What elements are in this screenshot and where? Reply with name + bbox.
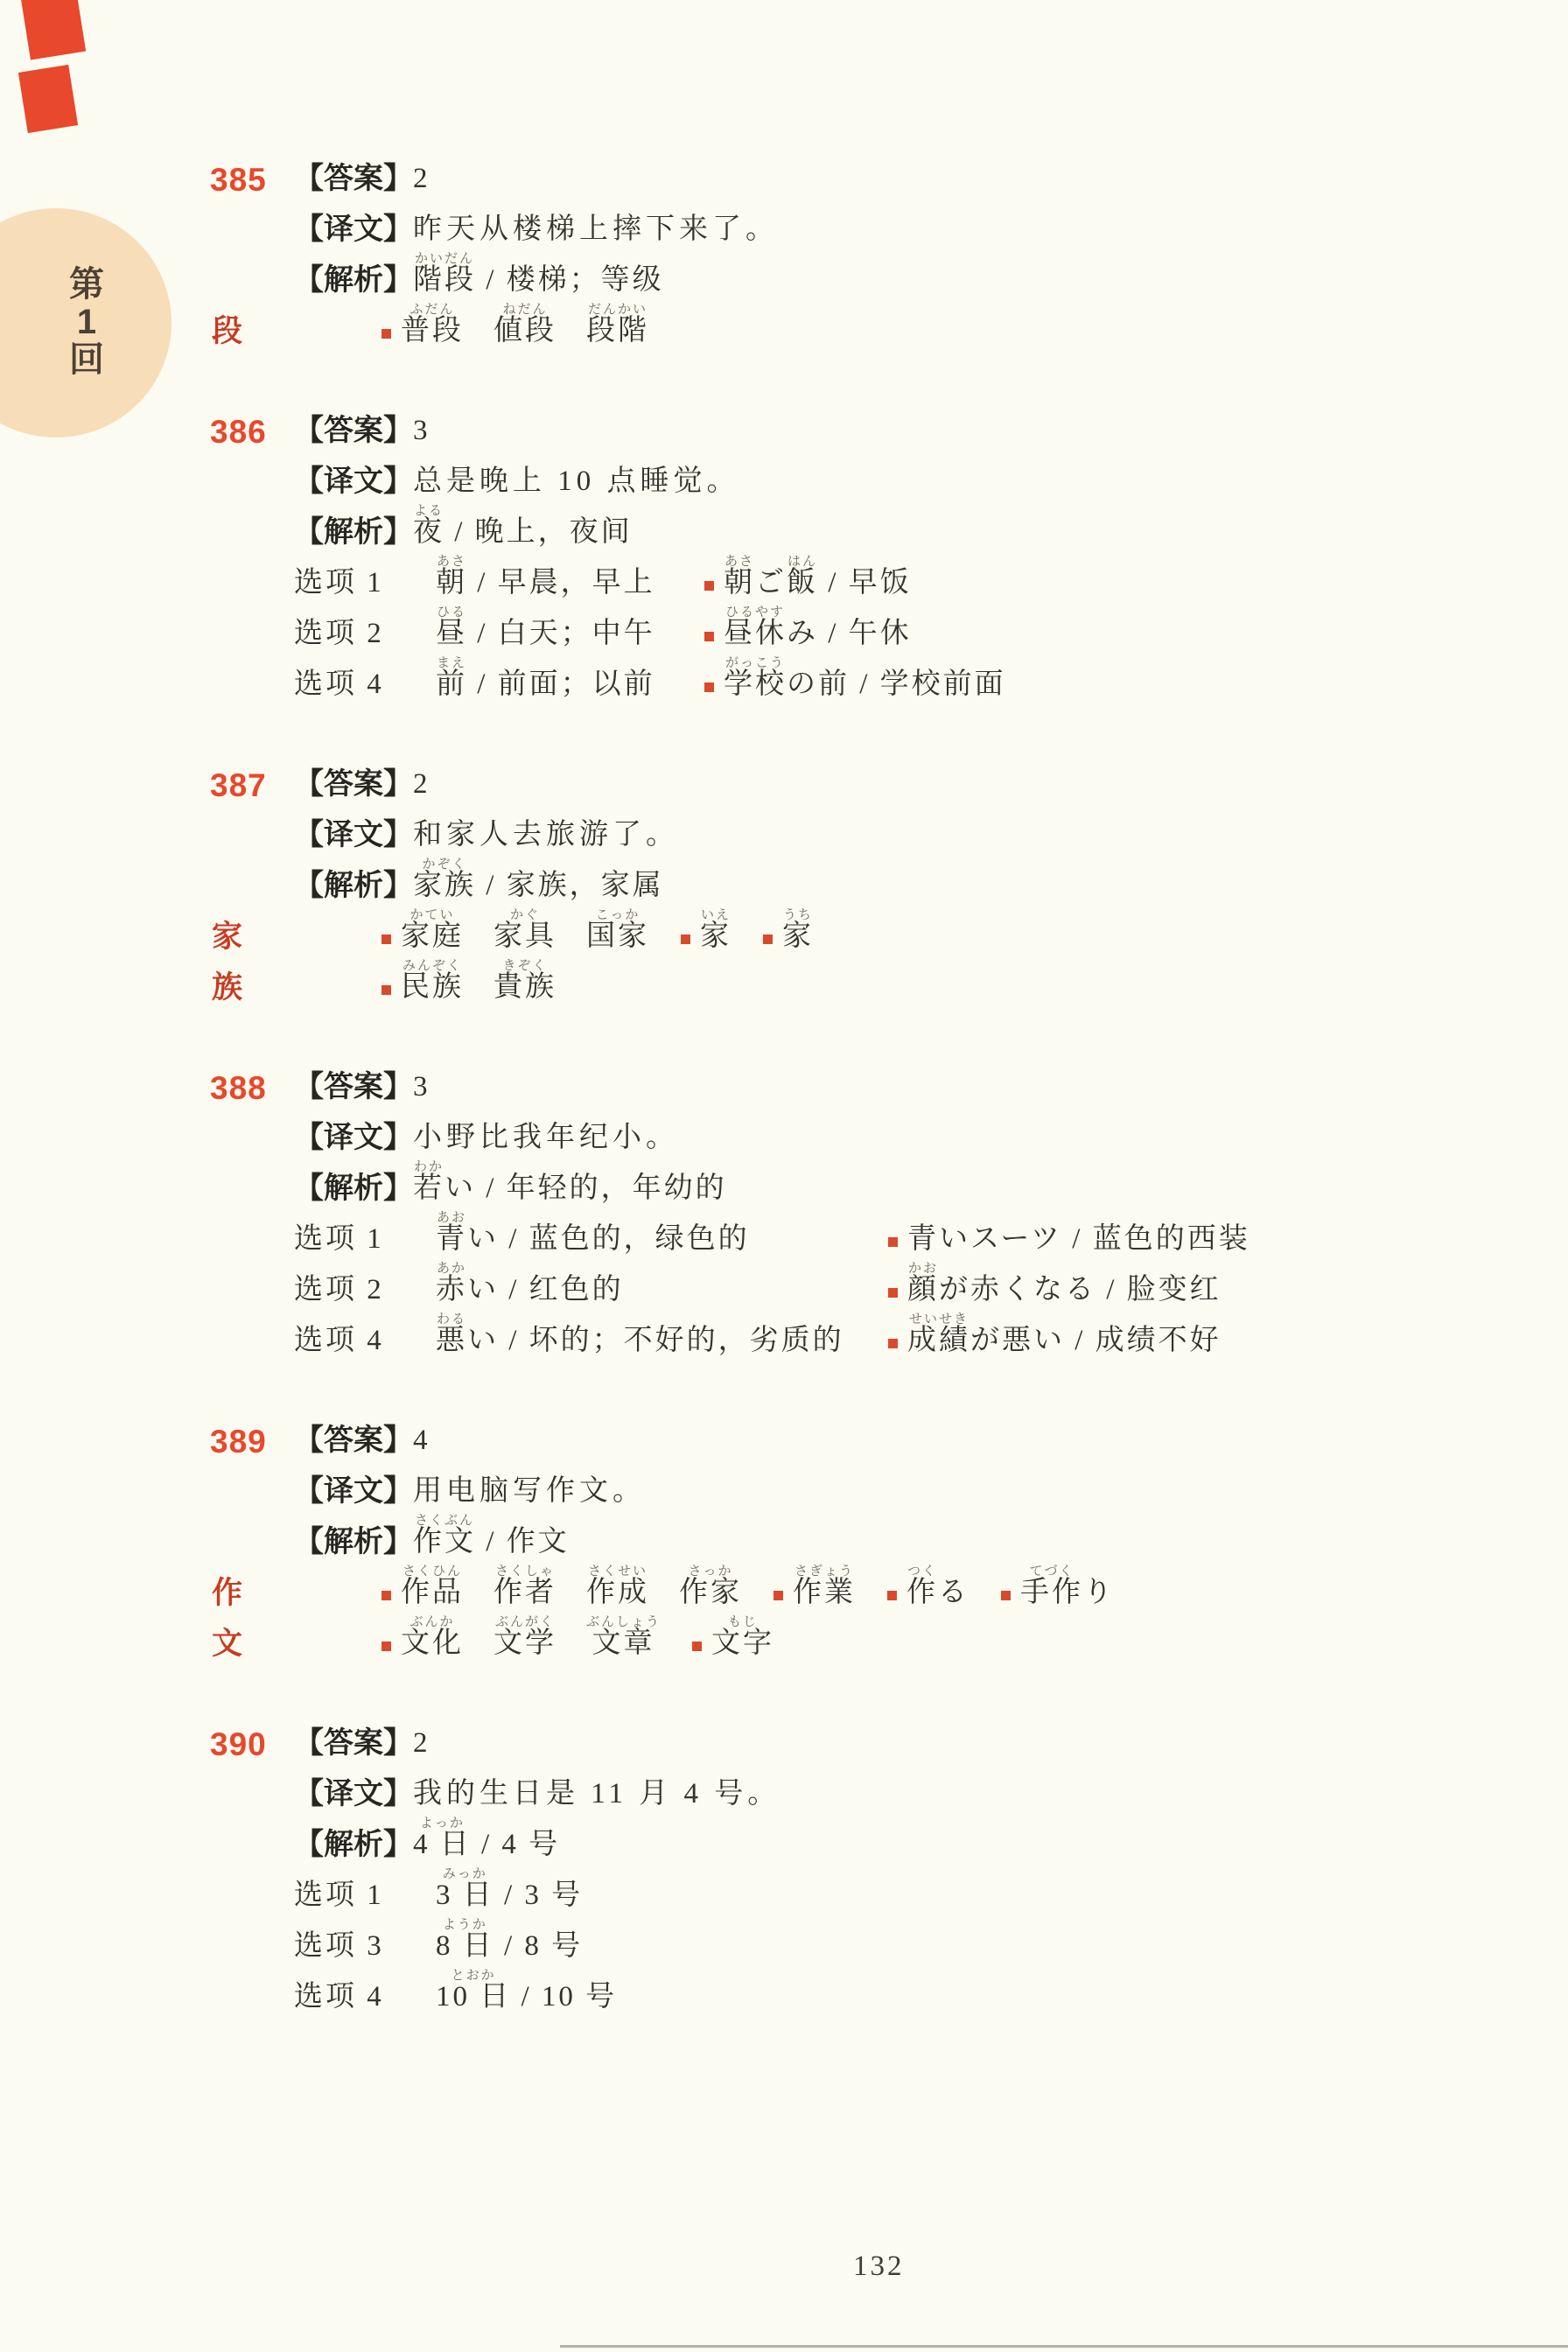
red-bullet-icon [704, 632, 714, 641]
translation-text: 总是晚上 10 点睡觉。 [413, 465, 740, 499]
answer-value: 3 [413, 1071, 432, 1104]
question-number: 385 [210, 164, 267, 196]
key-kanji: 族 [212, 971, 242, 1005]
question-number: 390 [210, 1728, 267, 1760]
option-word: 朝あさ / 早晨，早上 [436, 554, 703, 600]
answer-line: 386【答案】3 [210, 397, 1533, 448]
analysis-label: 【解析】 [294, 263, 413, 297]
text-run: / 早饭 [818, 567, 912, 600]
kanji-usage-row: 段普段ふだん値段ねだん段階だんかい [210, 297, 1533, 348]
translation-text: 用电脑写作文。 [413, 1475, 646, 1508]
row-left-column: 389 [210, 1425, 294, 1458]
option-example: 昼休ひるやすみ / 午休 [703, 605, 912, 651]
row-content: 选项 1青あおい / 蓝色的，绿色的青いスーツ / 蓝色的西装 [294, 1210, 1250, 1256]
answer-label: 【答案】 [294, 1726, 413, 1760]
option-word: 10 日とおか / 10 号 [436, 1968, 617, 2014]
option-word: 赤あかい / 红色的 [436, 1261, 886, 1307]
row-left-column: 390 [210, 1728, 294, 1760]
ruby-word: 悪わる [436, 1312, 467, 1358]
translation-label: 【译文】 [294, 818, 413, 852]
ruby-word: 作つく [906, 1564, 938, 1610]
text-run: / 8 号 [494, 1930, 583, 1963]
translation-label: 【译文】 [294, 1777, 413, 1811]
row-content: 【答案】3 [294, 1070, 432, 1104]
row-left-column: 家 [210, 920, 294, 955]
ruby-word: 顔かお [907, 1261, 939, 1307]
ruby-word: 朝あさ [436, 554, 467, 600]
row-content: 【答案】2 [294, 162, 432, 196]
row-left-column: 385 [210, 164, 294, 196]
key-kanji: 家 [212, 920, 242, 955]
answer-value: 2 [413, 163, 432, 196]
answer-entry: 386【答案】3【译文】总是晚上 10 点睡觉。【解析】夜よる / 晚上，夜间选… [210, 397, 1533, 702]
key-kanji: 作 [212, 1577, 242, 1611]
analysis-line: 【解析】4 日よっか / 4 号 [210, 1811, 1533, 1862]
row-content: 选项 4悪わるい / 坏的；不好的，劣质的成績せいせきが悪い / 成绩不好 [294, 1312, 1221, 1358]
ruby-word: 作成さくせい [586, 1564, 649, 1610]
row-content: 选项 13 日みっか / 3 号 [294, 1866, 583, 1913]
ruby-word: 作者さくしゃ [493, 1564, 556, 1610]
page-bottom-rule [560, 2345, 1568, 2348]
chapter-tab-line: 1 [61, 304, 112, 341]
ruby-word: 普段ふだん [401, 302, 464, 348]
ruby-word: 3 日みっか [436, 1866, 494, 1913]
row-content: 【解析】若わかい / 年轻的，年幼的 [294, 1159, 727, 1206]
row-left-column: 作 [210, 1577, 294, 1611]
ruby-word: 成績せいせき [907, 1312, 970, 1358]
option-label: 选项 4 [294, 668, 436, 702]
ruby-word: 貴族きぞく [493, 958, 556, 1004]
answer-label: 【答案】 [294, 414, 413, 448]
answer-label: 【答案】 [294, 162, 413, 196]
text-run: る [938, 1577, 969, 1610]
text-run: / 4 号 [472, 1829, 560, 1862]
red-corner-mark-icon [18, 65, 78, 133]
text-run: い / 红色的 [467, 1274, 624, 1307]
row-content: 【译文】我的生日是 11 月 4 号。 [294, 1777, 780, 1811]
translation-label: 【译文】 [294, 1121, 413, 1155]
option-example: 朝あさご飯はん / 早饭 [703, 554, 912, 600]
chapter-tab-label: 第 1 回 [61, 266, 112, 379]
answer-line: 388【答案】3 [210, 1053, 1533, 1104]
row-content: 【答案】2 [294, 767, 432, 801]
row-content: 文化ぶんか文学ぶんがく文章ぶんしょう文字もじ [294, 1614, 774, 1661]
row-content: 选项 2赤あかい / 红色的顔かおが赤くなる / 脸变红 [294, 1261, 1221, 1307]
translation-label: 【译文】 [294, 465, 413, 499]
text-run: み / 午休 [787, 618, 912, 651]
ruby-word: 値段ねだん [493, 302, 556, 348]
text-run: い / 坏的；不好的，劣质的 [467, 1325, 844, 1358]
ruby-word: 10 日とおか [436, 1968, 511, 2014]
text-run: い / 蓝色的，绿色的 [467, 1223, 750, 1256]
row-content: 民族みんぞく貴族きぞく [294, 958, 556, 1004]
text-run: が赤くなる / 脸变红 [939, 1274, 1221, 1307]
page-number: 132 [853, 2250, 905, 2283]
ruby-word: 8 日ようか [436, 1917, 494, 1963]
row-content: 【解析】階段かいだん / 楼梯；等级 [294, 251, 664, 297]
analysis-line: 【解析】作文さくぶん / 作文 [210, 1508, 1533, 1559]
row-content: 【译文】小野比我年纪小。 [294, 1121, 679, 1155]
answer-value: 2 [413, 768, 432, 801]
option-label: 选项 4 [294, 1981, 436, 2014]
text-run: / 白天；中午 [467, 618, 655, 651]
ruby-word: 作品さくひん [401, 1564, 464, 1610]
text-run: / 作文 [476, 1526, 570, 1559]
row-content: 作品さくひん作者さくしゃ作成さくせい作家さっか作業さぎょう作つくる手作てづくり [294, 1564, 1115, 1610]
row-left-column: 386 [210, 416, 294, 448]
ruby-word: 学校がっこう [724, 655, 787, 702]
row-content: 【译文】总是晚上 10 点睡觉。 [294, 465, 740, 499]
row-content: 选项 1朝あさ / 早晨，早上朝あさご飯はん / 早饭 [294, 554, 912, 600]
analysis-label: 【解析】 [294, 515, 413, 549]
row-content: 选项 38 日ようか / 8 号 [294, 1917, 583, 1963]
text-run: / 3 号 [494, 1879, 583, 1913]
row-content: 【解析】4 日よっか / 4 号 [294, 1816, 560, 1862]
translation-line: 【译文】昨天从楼梯上摔下来了。 [210, 196, 1533, 247]
answer-value: 4 [413, 1424, 432, 1458]
ruby-word: 階段かいだん [413, 251, 476, 297]
ruby-word: 国家こっか [586, 907, 649, 954]
answer-entry: 388【答案】3【译文】小野比我年纪小。【解析】若わかい / 年轻的，年幼的选项… [210, 1053, 1533, 1358]
option-row: 选项 2昼ひる / 白天；中午昼休ひるやすみ / 午休 [210, 600, 1533, 651]
analysis-label: 【解析】 [294, 1525, 413, 1559]
analysis-line: 【解析】階段かいだん / 楼梯；等级 [210, 247, 1533, 297]
text-run: / 晚上，夜间 [444, 516, 633, 549]
option-label: 选项 4 [294, 1325, 436, 1358]
row-content: 【答案】2 [294, 1726, 432, 1760]
text-run: 青いスーツ / 蓝色的西装 [907, 1223, 1250, 1256]
option-example: 青いスーツ / 蓝色的西装 [886, 1223, 1250, 1256]
red-bullet-icon [888, 1237, 898, 1247]
chapter-tab-line: 第 [61, 266, 112, 304]
option-word: 前まえ / 前面；以前 [436, 655, 703, 702]
question-number: 386 [210, 416, 267, 448]
answer-line: 389【答案】4 [210, 1407, 1533, 1458]
ruby-word: 昼休ひるやす [724, 605, 787, 651]
red-bullet-icon [381, 985, 391, 995]
option-example: 顔かおが赤くなる / 脸变红 [886, 1261, 1221, 1307]
red-bullet-icon [381, 329, 391, 339]
option-row: 选项 410 日とおか / 10 号 [210, 1963, 1533, 2014]
ruby-word: 文学ぶんがく [493, 1614, 556, 1661]
translation-text: 小野比我年纪小。 [413, 1122, 679, 1155]
translation-text: 我的生日是 11 月 4 号。 [413, 1778, 780, 1811]
kanji-usage-row: 文文化ぶんか文学ぶんがく文章ぶんしょう文字もじ [210, 1610, 1533, 1661]
ruby-word: 前まえ [436, 655, 467, 702]
ruby-word: 民族みんぞく [401, 958, 464, 1004]
text-run: い / 年轻的，年幼的 [444, 1172, 727, 1206]
answer-line: 387【答案】2 [210, 751, 1533, 801]
row-content: 【解析】家族かぞく / 家族，家属 [294, 857, 664, 903]
translation-line: 【译文】总是晚上 10 点睡觉。 [210, 448, 1533, 499]
row-content: 【译文】昨天从楼梯上摔下来了。 [294, 213, 779, 247]
ruby-word: 青あお [436, 1210, 467, 1256]
text-run: が悪い / 成绩不好 [970, 1325, 1221, 1358]
row-left-column: 段 [210, 315, 294, 349]
row-content: 【译文】和家人去旅游了。 [294, 818, 679, 852]
answer-label: 【答案】 [294, 1424, 413, 1458]
row-left-column: 388 [210, 1072, 294, 1104]
answer-entry: 390【答案】2【译文】我的生日是 11 月 4 号。【解析】4 日よっか / … [210, 1710, 1533, 2014]
ruby-word: 若わか [413, 1159, 444, 1206]
option-word: 昼ひる / 白天；中午 [436, 605, 703, 651]
red-corner-mark-icon [19, 0, 86, 59]
red-bullet-icon [381, 934, 391, 944]
chapter-tab-line: 回 [61, 341, 112, 379]
ruby-word: 作業さぎょう [793, 1564, 856, 1610]
key-kanji: 段 [212, 315, 242, 349]
option-word: 8 日ようか / 8 号 [436, 1917, 583, 1963]
option-label: 选项 2 [294, 1274, 436, 1307]
ruby-word: 段階だんかい [586, 302, 649, 348]
ruby-word: 文化ぶんか [401, 1614, 464, 1661]
red-bullet-icon [1001, 1591, 1011, 1600]
translation-label: 【译文】 [294, 213, 413, 247]
option-word: 青あおい / 蓝色的，绿色的 [436, 1210, 886, 1256]
key-kanji: 文 [212, 1627, 242, 1662]
answer-line: 390【答案】2 [210, 1710, 1533, 1760]
ruby-word: 家いえ [700, 907, 731, 954]
translation-line: 【译文】和家人去旅游了。 [210, 801, 1533, 852]
kanji-usage-row: 家家庭かてい家具かぐ国家こっか家いえ家うち [210, 903, 1533, 954]
red-bullet-icon [888, 1288, 898, 1298]
ruby-word: 朝あさ [724, 554, 755, 600]
red-bullet-icon [692, 1641, 702, 1651]
row-content: 【解析】夜よる / 晚上，夜间 [294, 503, 633, 549]
ruby-word: 家族かぞく [413, 857, 476, 903]
option-row: 选项 1青あおい / 蓝色的，绿色的青いスーツ / 蓝色的西装 [210, 1206, 1533, 1256]
answer-entry: 385【答案】2【译文】昨天从楼梯上摔下来了。【解析】階段かいだん / 楼梯；等… [210, 145, 1533, 348]
answer-value: 3 [413, 415, 432, 448]
ruby-word: 文字もじ [711, 1614, 774, 1661]
answer-value: 2 [413, 1727, 432, 1760]
option-row: 选项 38 日ようか / 8 号 [210, 1913, 1533, 1963]
ruby-word: 作文さくぶん [413, 1513, 476, 1559]
answer-entry: 387【答案】2【译文】和家人去旅游了。【解析】家族かぞく / 家族，家属家家庭… [210, 751, 1533, 1004]
analysis-label: 【解析】 [294, 869, 413, 903]
translation-text: 昨天从楼梯上摔下来了。 [413, 213, 779, 247]
row-content: 选项 2昼ひる / 白天；中午昼休ひるやすみ / 午休 [294, 605, 912, 651]
text-run: / 家族，家属 [476, 870, 664, 903]
row-left-column: 文 [210, 1627, 294, 1662]
option-row: 选项 4悪わるい / 坏的；不好的，劣质的成績せいせきが悪い / 成绩不好 [210, 1307, 1533, 1358]
text-run: / 10 号 [511, 1981, 617, 2014]
text-run: / 早晨，早上 [467, 567, 655, 600]
row-content: 选项 4前まえ / 前面；以前学校がっこうの前 / 学校前面 [294, 655, 1006, 702]
question-number: 388 [210, 1072, 267, 1104]
red-bullet-icon [773, 1591, 783, 1600]
row-content: 【答案】4 [294, 1424, 432, 1458]
ruby-word: 手作てづく [1020, 1564, 1083, 1610]
ruby-word: 家具かぐ [493, 907, 556, 954]
row-content: 选项 410 日とおか / 10 号 [294, 1968, 617, 2014]
red-bullet-icon [681, 934, 690, 944]
red-bullet-icon [704, 581, 714, 591]
analysis-label: 【解析】 [294, 1172, 413, 1206]
answer-label: 【答案】 [294, 767, 413, 801]
red-bullet-icon [888, 1339, 898, 1348]
scanned-book-page: { "colors":{"accent_red":"#e8482c","key_… [0, 0, 1568, 2352]
ruby-word: 飯はん [787, 554, 818, 600]
row-left-column: 387 [210, 769, 294, 801]
row-content: 家庭かてい家具かぐ国家こっか家いえ家うち [294, 907, 814, 954]
red-bullet-icon [381, 1641, 391, 1651]
option-row: 选项 4前まえ / 前面；以前学校がっこうの前 / 学校前面 [210, 651, 1533, 702]
kanji-usage-row: 作作品さくひん作者さくしゃ作成さくせい作家さっか作業さぎょう作つくる手作てづくり [210, 1559, 1533, 1610]
red-bullet-icon [704, 682, 714, 692]
answer-entry: 389【答案】4【译文】用电脑写作文。【解析】作文さくぶん / 作文作作品さくひ… [210, 1407, 1533, 1661]
option-example: 学校がっこうの前 / 学校前面 [703, 655, 1006, 702]
text-run: / 楼梯；等级 [476, 264, 664, 297]
text-run: り [1083, 1577, 1115, 1610]
ruby-word: 作家さっか [679, 1564, 742, 1610]
ruby-word: 4 日よっか [413, 1816, 472, 1862]
answer-line: 385【答案】2 [210, 145, 1533, 196]
red-bullet-icon [763, 934, 773, 944]
row-left-column: 族 [210, 971, 294, 1005]
row-content: 【答案】3 [294, 414, 432, 448]
text-run: ご [755, 567, 787, 600]
option-row: 选项 1朝あさ / 早晨，早上朝あさご飯はん / 早饭 [210, 549, 1533, 600]
row-content: 普段ふだん値段ねだん段階だんかい [294, 302, 649, 348]
question-number: 387 [210, 769, 267, 801]
ruby-word: 文章ぶんしょう [586, 1614, 661, 1661]
option-word: 悪わるい / 坏的；不好的，劣质的 [436, 1312, 886, 1358]
answer-label: 【答案】 [294, 1070, 413, 1104]
text-run: / 前面；以前 [467, 668, 655, 702]
translation-line: 【译文】我的生日是 11 月 4 号。 [210, 1760, 1533, 1811]
translation-line: 【译文】用电脑写作文。 [210, 1458, 1533, 1508]
option-row: 选项 2赤あかい / 红色的顔かおが赤くなる / 脸变红 [210, 1256, 1533, 1307]
option-label: 选项 1 [294, 1879, 436, 1913]
option-label: 选项 1 [294, 1223, 436, 1256]
kanji-usage-row: 族民族みんぞく貴族きぞく [210, 954, 1533, 1004]
row-content: 【解析】作文さくぶん / 作文 [294, 1513, 570, 1559]
translation-text: 和家人去旅游了。 [413, 819, 679, 852]
ruby-word: 赤あか [436, 1261, 467, 1307]
translation-label: 【译文】 [294, 1474, 413, 1508]
row-content: 【译文】用电脑写作文。 [294, 1474, 646, 1508]
question-number: 389 [210, 1425, 267, 1458]
text-run: の前 / 学校前面 [787, 668, 1006, 702]
red-bullet-icon [887, 1591, 897, 1600]
red-bullet-icon [381, 1591, 391, 1600]
ruby-word: 昼ひる [436, 605, 467, 651]
option-label: 选项 1 [294, 567, 436, 600]
option-row: 选项 13 日みっか / 3 号 [210, 1862, 1533, 1913]
ruby-word: 家庭かてい [401, 907, 464, 954]
ruby-word: 夜よる [413, 503, 444, 549]
entries: 385【答案】2【译文】昨天从楼梯上摔下来了。【解析】階段かいだん / 楼梯；等… [210, 145, 1533, 2063]
analysis-line: 【解析】若わかい / 年轻的，年幼的 [210, 1155, 1533, 1206]
analysis-line: 【解析】家族かぞく / 家族，家属 [210, 852, 1533, 903]
analysis-label: 【解析】 [294, 1828, 413, 1862]
option-word: 3 日みっか / 3 号 [436, 1866, 583, 1913]
translation-line: 【译文】小野比我年纪小。 [210, 1104, 1533, 1155]
option-label: 选项 3 [294, 1930, 436, 1963]
analysis-line: 【解析】夜よる / 晚上，夜间 [210, 499, 1533, 549]
ruby-word: 家うち [782, 907, 814, 954]
option-label: 选项 2 [294, 618, 436, 651]
option-example: 成績せいせきが悪い / 成绩不好 [886, 1312, 1221, 1358]
